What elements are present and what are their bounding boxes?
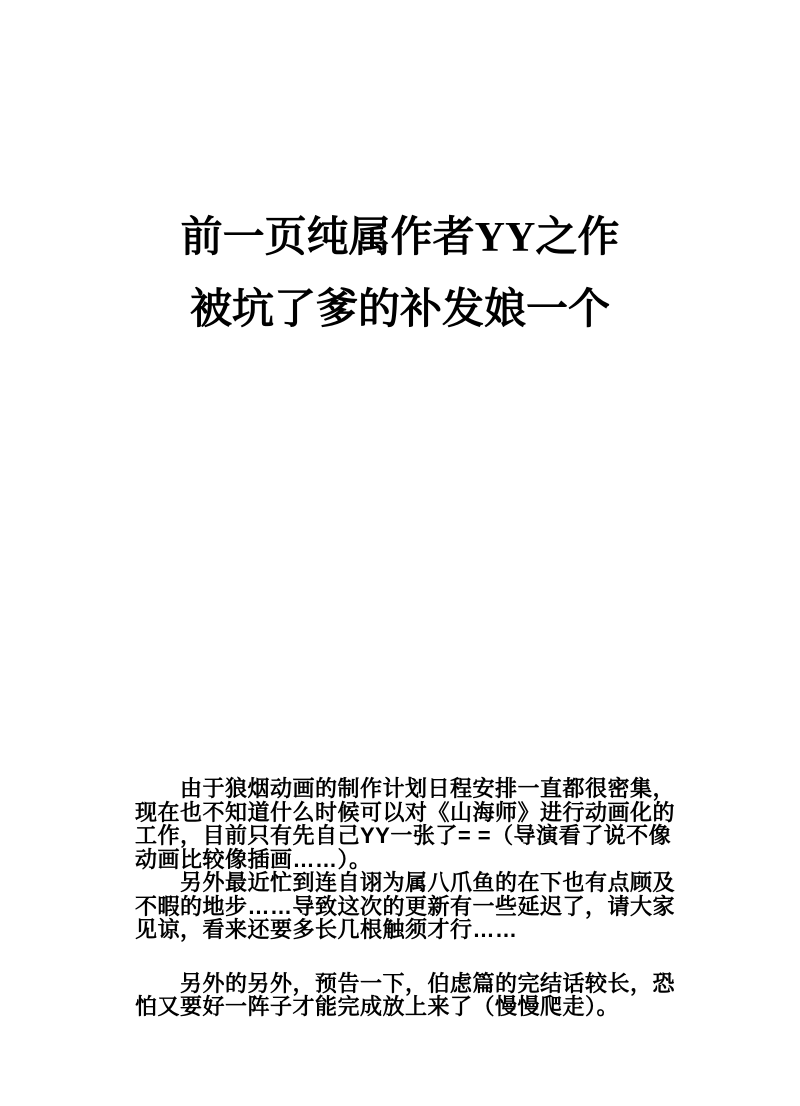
paragraph-1: 由于狼烟动画的制作计划日程安排一直都很密集， 现在也不知道什么时候可以对《山海师…: [135, 777, 695, 871]
paragraph-3: 另外的另外，预告一下，伯虑篇的完结话较长，恐 怕又要好一阵子才能完成放上来了（慢…: [135, 972, 695, 1019]
page-title: 前一页纯属作者YY之作 被坑了爹的补发娘一个: [0, 202, 800, 346]
paragraph-3-line-1: 另外的另外，预告一下，伯虑篇的完结话较长，恐: [135, 972, 695, 996]
paragraph-1-line-2: 现在也不知道什么时候可以对《山海师》进行动画化的: [135, 801, 695, 825]
title-line-2: 被坑了爹的补发娘一个: [0, 274, 800, 346]
paragraph-1-line-3: 工作，目前只有先自己YY一张了= =（导演看了说不像: [135, 824, 695, 848]
paragraph-2-line-3: 见谅，看来还要多长几根触须才行……: [135, 918, 695, 942]
paragraph-1-line-1: 由于狼烟动画的制作计划日程安排一直都很密集，: [135, 777, 695, 801]
paragraph-2-line-1: 另外最近忙到连自诩为属八爪鱼的在下也有点顾及: [135, 871, 695, 895]
title-line-1: 前一页纯属作者YY之作: [0, 202, 800, 274]
document-page: 前一页纯属作者YY之作 被坑了爹的补发娘一个 由于狼烟动画的制作计划日程安排一直…: [0, 0, 800, 1106]
paragraph-2-line-2: 不暇的地步……导致这次的更新有一些延迟了，请大家: [135, 895, 695, 919]
paragraph-1-line-4: 动画比较像插画……）。: [135, 848, 695, 872]
paragraph-2: 另外最近忙到连自诩为属八爪鱼的在下也有点顾及 不暇的地步……导致这次的更新有一些…: [135, 871, 695, 942]
paragraph-3-line-2: 怕又要好一阵子才能完成放上来了（慢慢爬走）。: [135, 995, 695, 1019]
afterword-text-block: 由于狼烟动画的制作计划日程安排一直都很密集， 现在也不知道什么时候可以对《山海师…: [135, 777, 695, 1019]
